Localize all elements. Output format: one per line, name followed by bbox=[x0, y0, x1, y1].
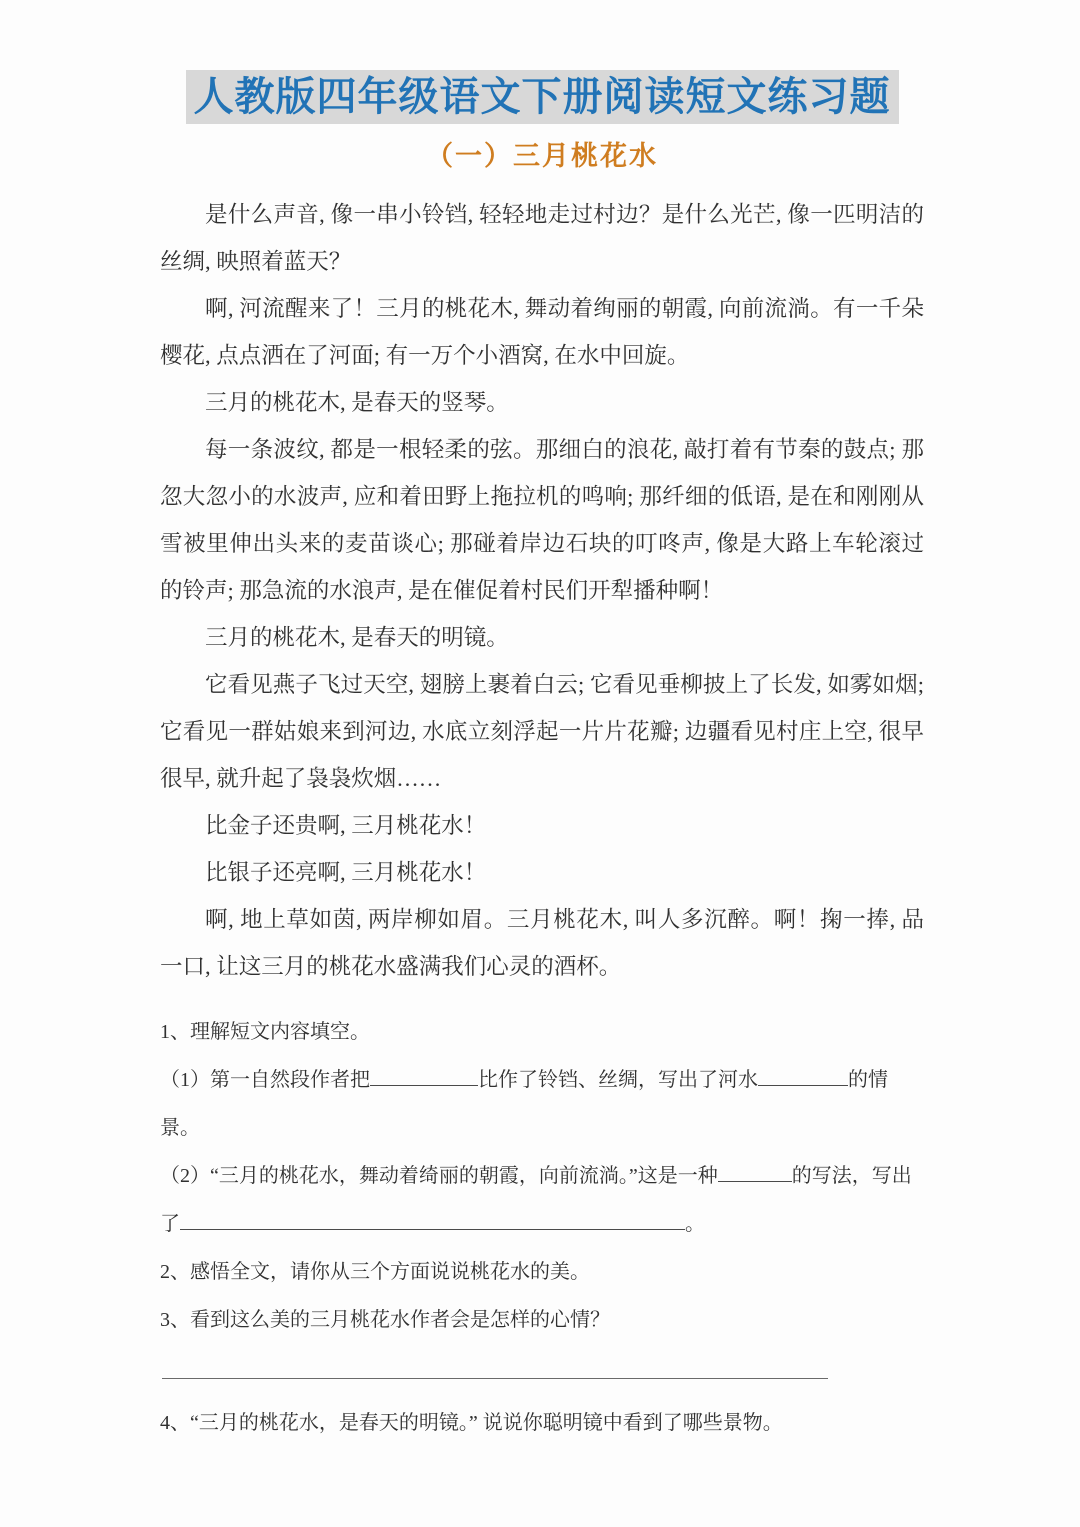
question-1-2-cont: 了 bbox=[160, 1213, 180, 1235]
question-1-2: （2）“三月的桃花水，舞动着绮丽的朝霞，向前流淌。”这是一种的写法，写出 了。 bbox=[160, 1152, 924, 1248]
passage-paragraph: 是什么声音, 像一串小铃铛, 轻轻地走过村边？是什么光芒, 像一匹明洁的丝绸, … bbox=[160, 191, 924, 285]
answer-blank bbox=[180, 1210, 685, 1230]
question-1-1: （1）第一自然段作者把比作了铃铛、丝绸，写出了河水的情景。 bbox=[160, 1056, 924, 1152]
section-title: （一）三月桃花水 bbox=[426, 141, 658, 171]
question-2: 2、感悟全文，请你从三个方面说说桃花水的美。 bbox=[160, 1248, 924, 1296]
question-1-2-mid: 的写法，写出 bbox=[792, 1165, 912, 1187]
answer-blank bbox=[758, 1066, 848, 1086]
questions-section: 1、理解短文内容填空。 （1）第一自然段作者把比作了铃铛、丝绸，写出了河水的情景… bbox=[160, 1008, 924, 1447]
passage-paragraph: 啊, 地上草如茵, 两岸柳如眉。三月桃花木, 叫人多沉醉。啊！掬一捧, 品一口,… bbox=[160, 896, 924, 990]
question-1-label: 1、理解短文内容填空。 bbox=[160, 1008, 924, 1056]
page-title: 人教版四年级语文下册阅读短文练习题 bbox=[186, 70, 899, 124]
question-1-1-mid: 比作了铃铛、丝绸，写出了河水 bbox=[478, 1069, 758, 1091]
passage-paragraph: 啊, 河流醒来了！三月的桃花木, 舞动着绚丽的朝霞, 向前流淌。有一千朵樱花, … bbox=[160, 285, 924, 379]
passage-paragraph: 每一条波纹, 都是一根轻柔的弦。那细白的浪花, 敲打着有节秦的鼓点; 那忽大忽小… bbox=[160, 426, 924, 614]
passage-paragraph: 它看见燕子飞过天空, 翅膀上裹着白云; 它看见垂柳披上了长发, 如雾如烟; 它看… bbox=[160, 661, 924, 802]
question-4: 4、“三月的桃花水，是春天的明镜。” 说说你聪明镜中看到了哪些景物。 bbox=[160, 1399, 924, 1447]
answer-line bbox=[162, 1378, 828, 1379]
answer-blank bbox=[718, 1162, 792, 1182]
passage-paragraph: 比银子还亮啊, 三月桃花水！ bbox=[160, 849, 924, 896]
passage-paragraph: 三月的桃花木, 是春天的竖琴。 bbox=[160, 379, 924, 426]
passage-paragraph: 三月的桃花木, 是春天的明镜。 bbox=[160, 614, 924, 661]
question-1-2-pre: （2）“三月的桃花水，舞动着绮丽的朝霞，向前流淌。”这是一种 bbox=[160, 1165, 718, 1187]
question-2-text: 2、感悟全文，请你从三个方面说说桃花水的美。 bbox=[160, 1261, 590, 1283]
question-3: 3、看到这么美的三月桃花水作者会是怎样的心情？ bbox=[160, 1296, 924, 1344]
reading-passage: 是什么声音, 像一串小铃铛, 轻轻地走过村边？是什么光芒, 像一匹明洁的丝绸, … bbox=[160, 191, 924, 990]
question-4-text: 4、“三月的桃花水，是春天的明镜。” 说说你聪明镜中看到了哪些景物。 bbox=[160, 1412, 783, 1434]
title-row: 人教版四年级语文下册阅读短文练习题 bbox=[160, 70, 924, 124]
question-1-text: 1、理解短文内容填空。 bbox=[160, 1021, 370, 1043]
question-1-1-pre: （1）第一自然段作者把 bbox=[160, 1069, 370, 1091]
worksheet-page: 人教版四年级语文下册阅读短文练习题 （一）三月桃花水 是什么声音, 像一串小铃铛… bbox=[0, 0, 1080, 1527]
passage-paragraph: 比金子还贵啊, 三月桃花水！ bbox=[160, 802, 924, 849]
page-content: 人教版四年级语文下册阅读短文练习题 （一）三月桃花水 是什么声音, 像一串小铃铛… bbox=[0, 0, 1080, 1447]
question-3-text: 3、看到这么美的三月桃花水作者会是怎样的心情？ bbox=[160, 1309, 610, 1331]
answer-blank bbox=[370, 1066, 478, 1086]
question-1-2-end: 。 bbox=[685, 1213, 705, 1235]
subtitle-row: （一）三月桃花水 bbox=[160, 134, 924, 173]
